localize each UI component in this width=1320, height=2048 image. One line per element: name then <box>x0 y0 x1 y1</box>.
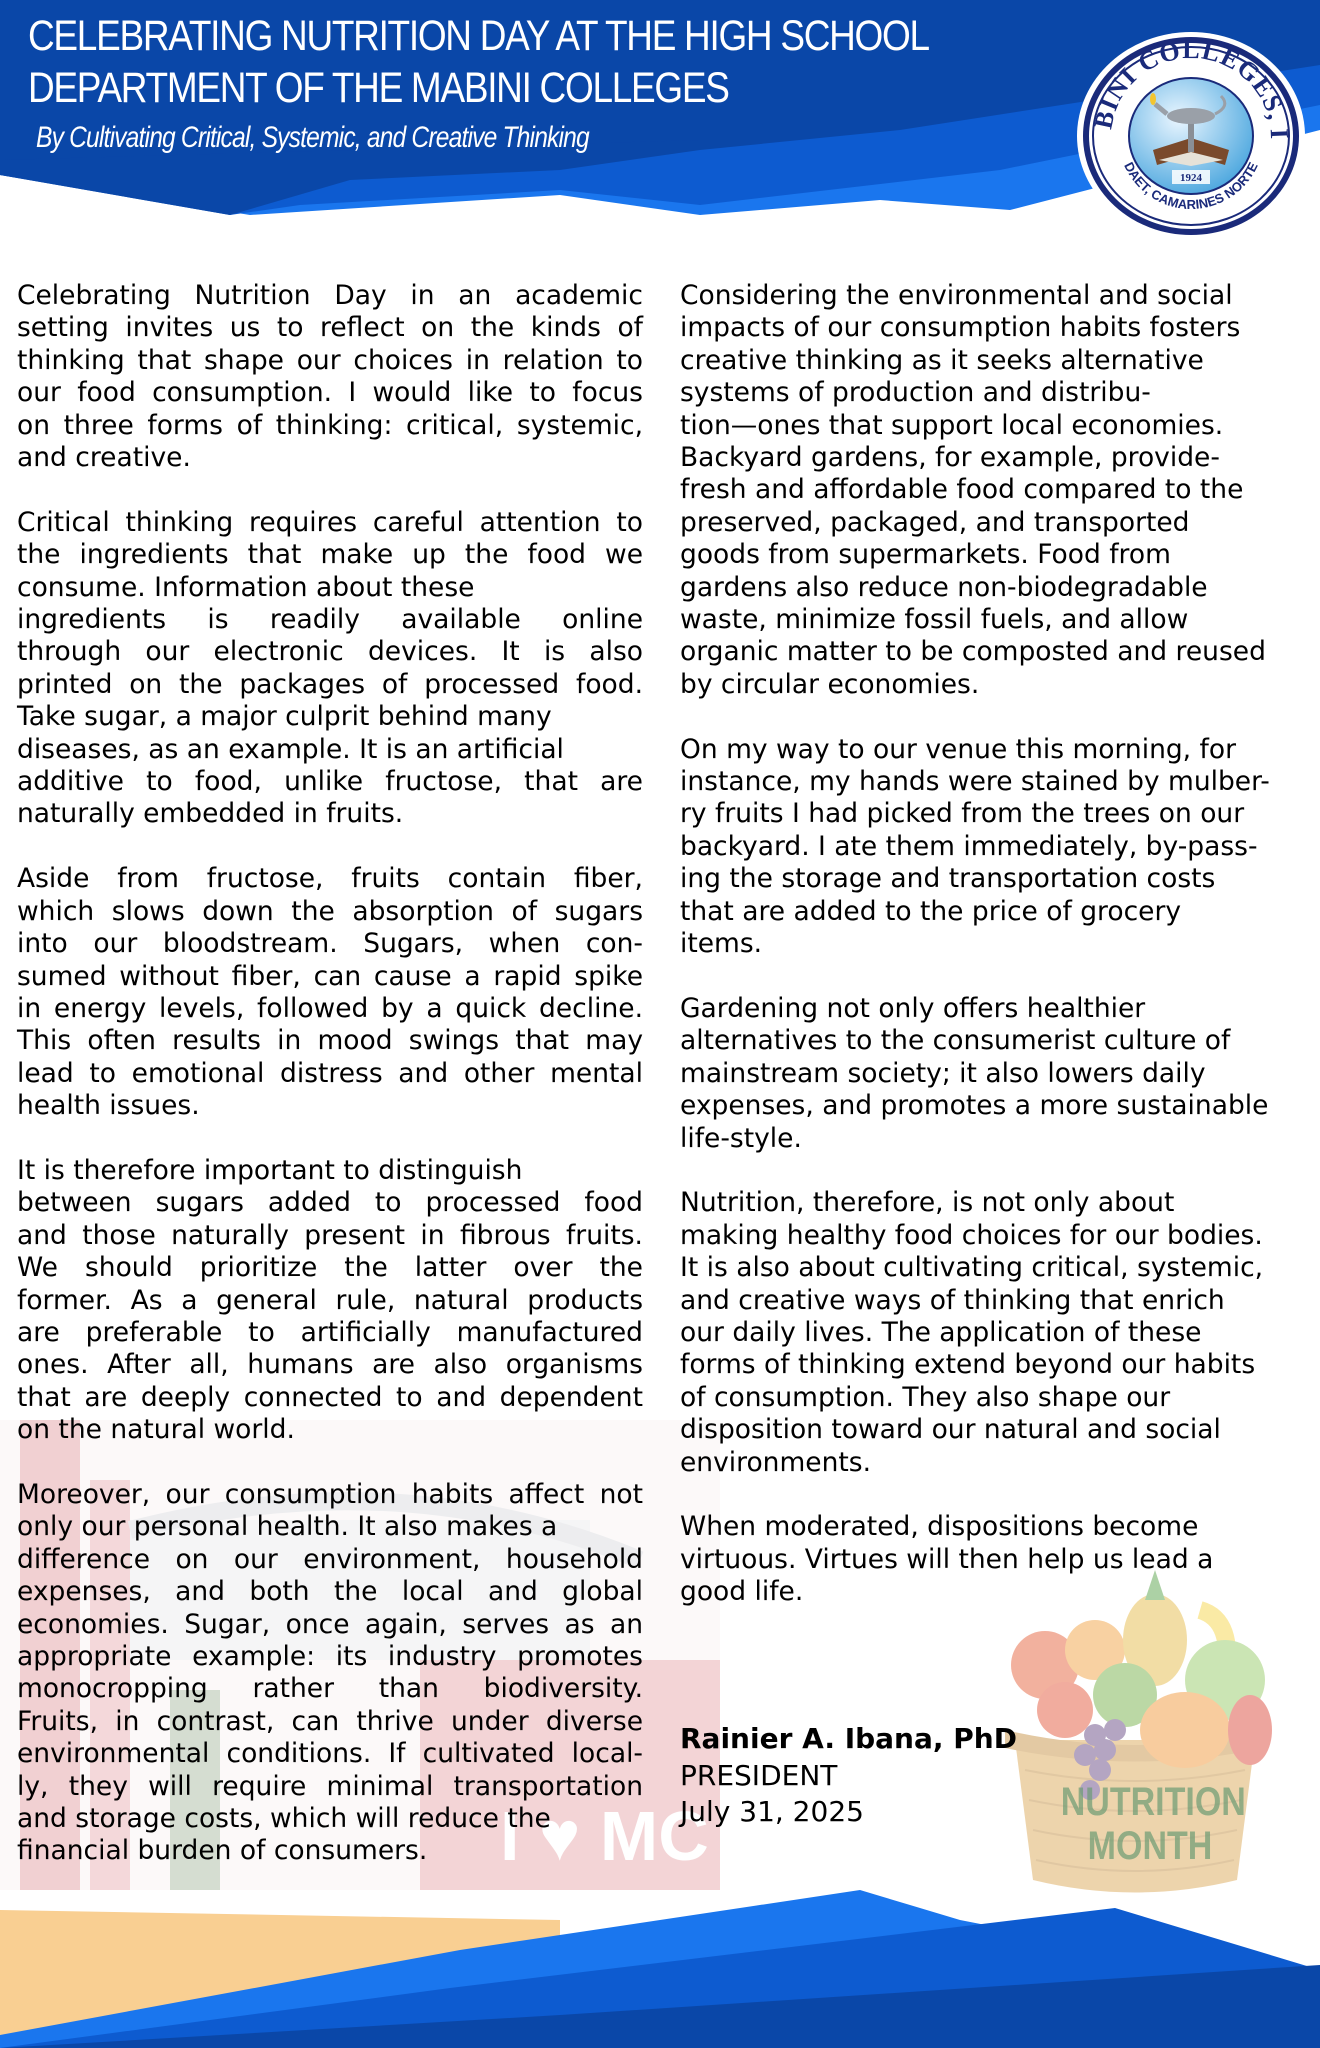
mabini-colleges-seal-logo: MABINI COLLEGES, Inc. DAET, CAMARINES NO… <box>1075 30 1307 242</box>
footer-banner <box>0 1890 1320 2048</box>
paragraph-gardening: Gardening not only offers healthier alte… <box>680 993 1306 1155</box>
page-title-line-1: CELEBRATING NUTRITION DAY AT THE HIGH SC… <box>28 10 929 62</box>
article-right-column: Considering the environmental and social… <box>680 280 1306 1641</box>
header: CELEBRATING NUTRITION DAY AT THE HIGH SC… <box>28 10 1075 158</box>
signature-block: Rainier A. Ibana, PhD PRESIDENT July 31,… <box>680 1720 1017 1830</box>
paragraph-nutrition-conclusion: Nutrition, therefore, is not only about … <box>680 1187 1306 1479</box>
author-title: PRESIDENT <box>680 1758 1017 1794</box>
paragraph-creative-thinking: Considering the environmental and social… <box>680 280 1306 701</box>
page-subtitle: By Cultivating Critical, Systemic, and C… <box>36 118 888 158</box>
nutrition-month-label: NUTRITION MONTH <box>1061 1780 1240 1868</box>
paragraph-critical-thinking: Critical thinking requires careful atten… <box>17 507 643 831</box>
paragraph-fiber: Aside from fructose, fruits contain fibe… <box>17 863 643 1122</box>
svg-text:1924: 1924 <box>1180 172 1203 184</box>
paragraph-consumption-habits: Moreover, our consumption habits affect … <box>17 1479 643 1868</box>
page-title-line-2: DEPARTMENT OF THE MABINI COLLEGES <box>28 62 929 114</box>
paragraph-virtues: When moderated, dispositions become virt… <box>680 1511 1306 1608</box>
paragraph-mulberry: On my way to our venue this morning, for… <box>680 734 1306 961</box>
author-name: Rainier A. Ibana, PhD <box>680 1720 1017 1758</box>
paragraph-intro: Celebrating Nutrition Day in an academic… <box>17 280 643 474</box>
article-left-column: Celebrating Nutrition Day in an academic… <box>17 280 643 1900</box>
letter-date: July 31, 2025 <box>680 1794 1017 1830</box>
paragraph-distinguish-sugars: It is therefore important to distinguish… <box>17 1155 643 1447</box>
